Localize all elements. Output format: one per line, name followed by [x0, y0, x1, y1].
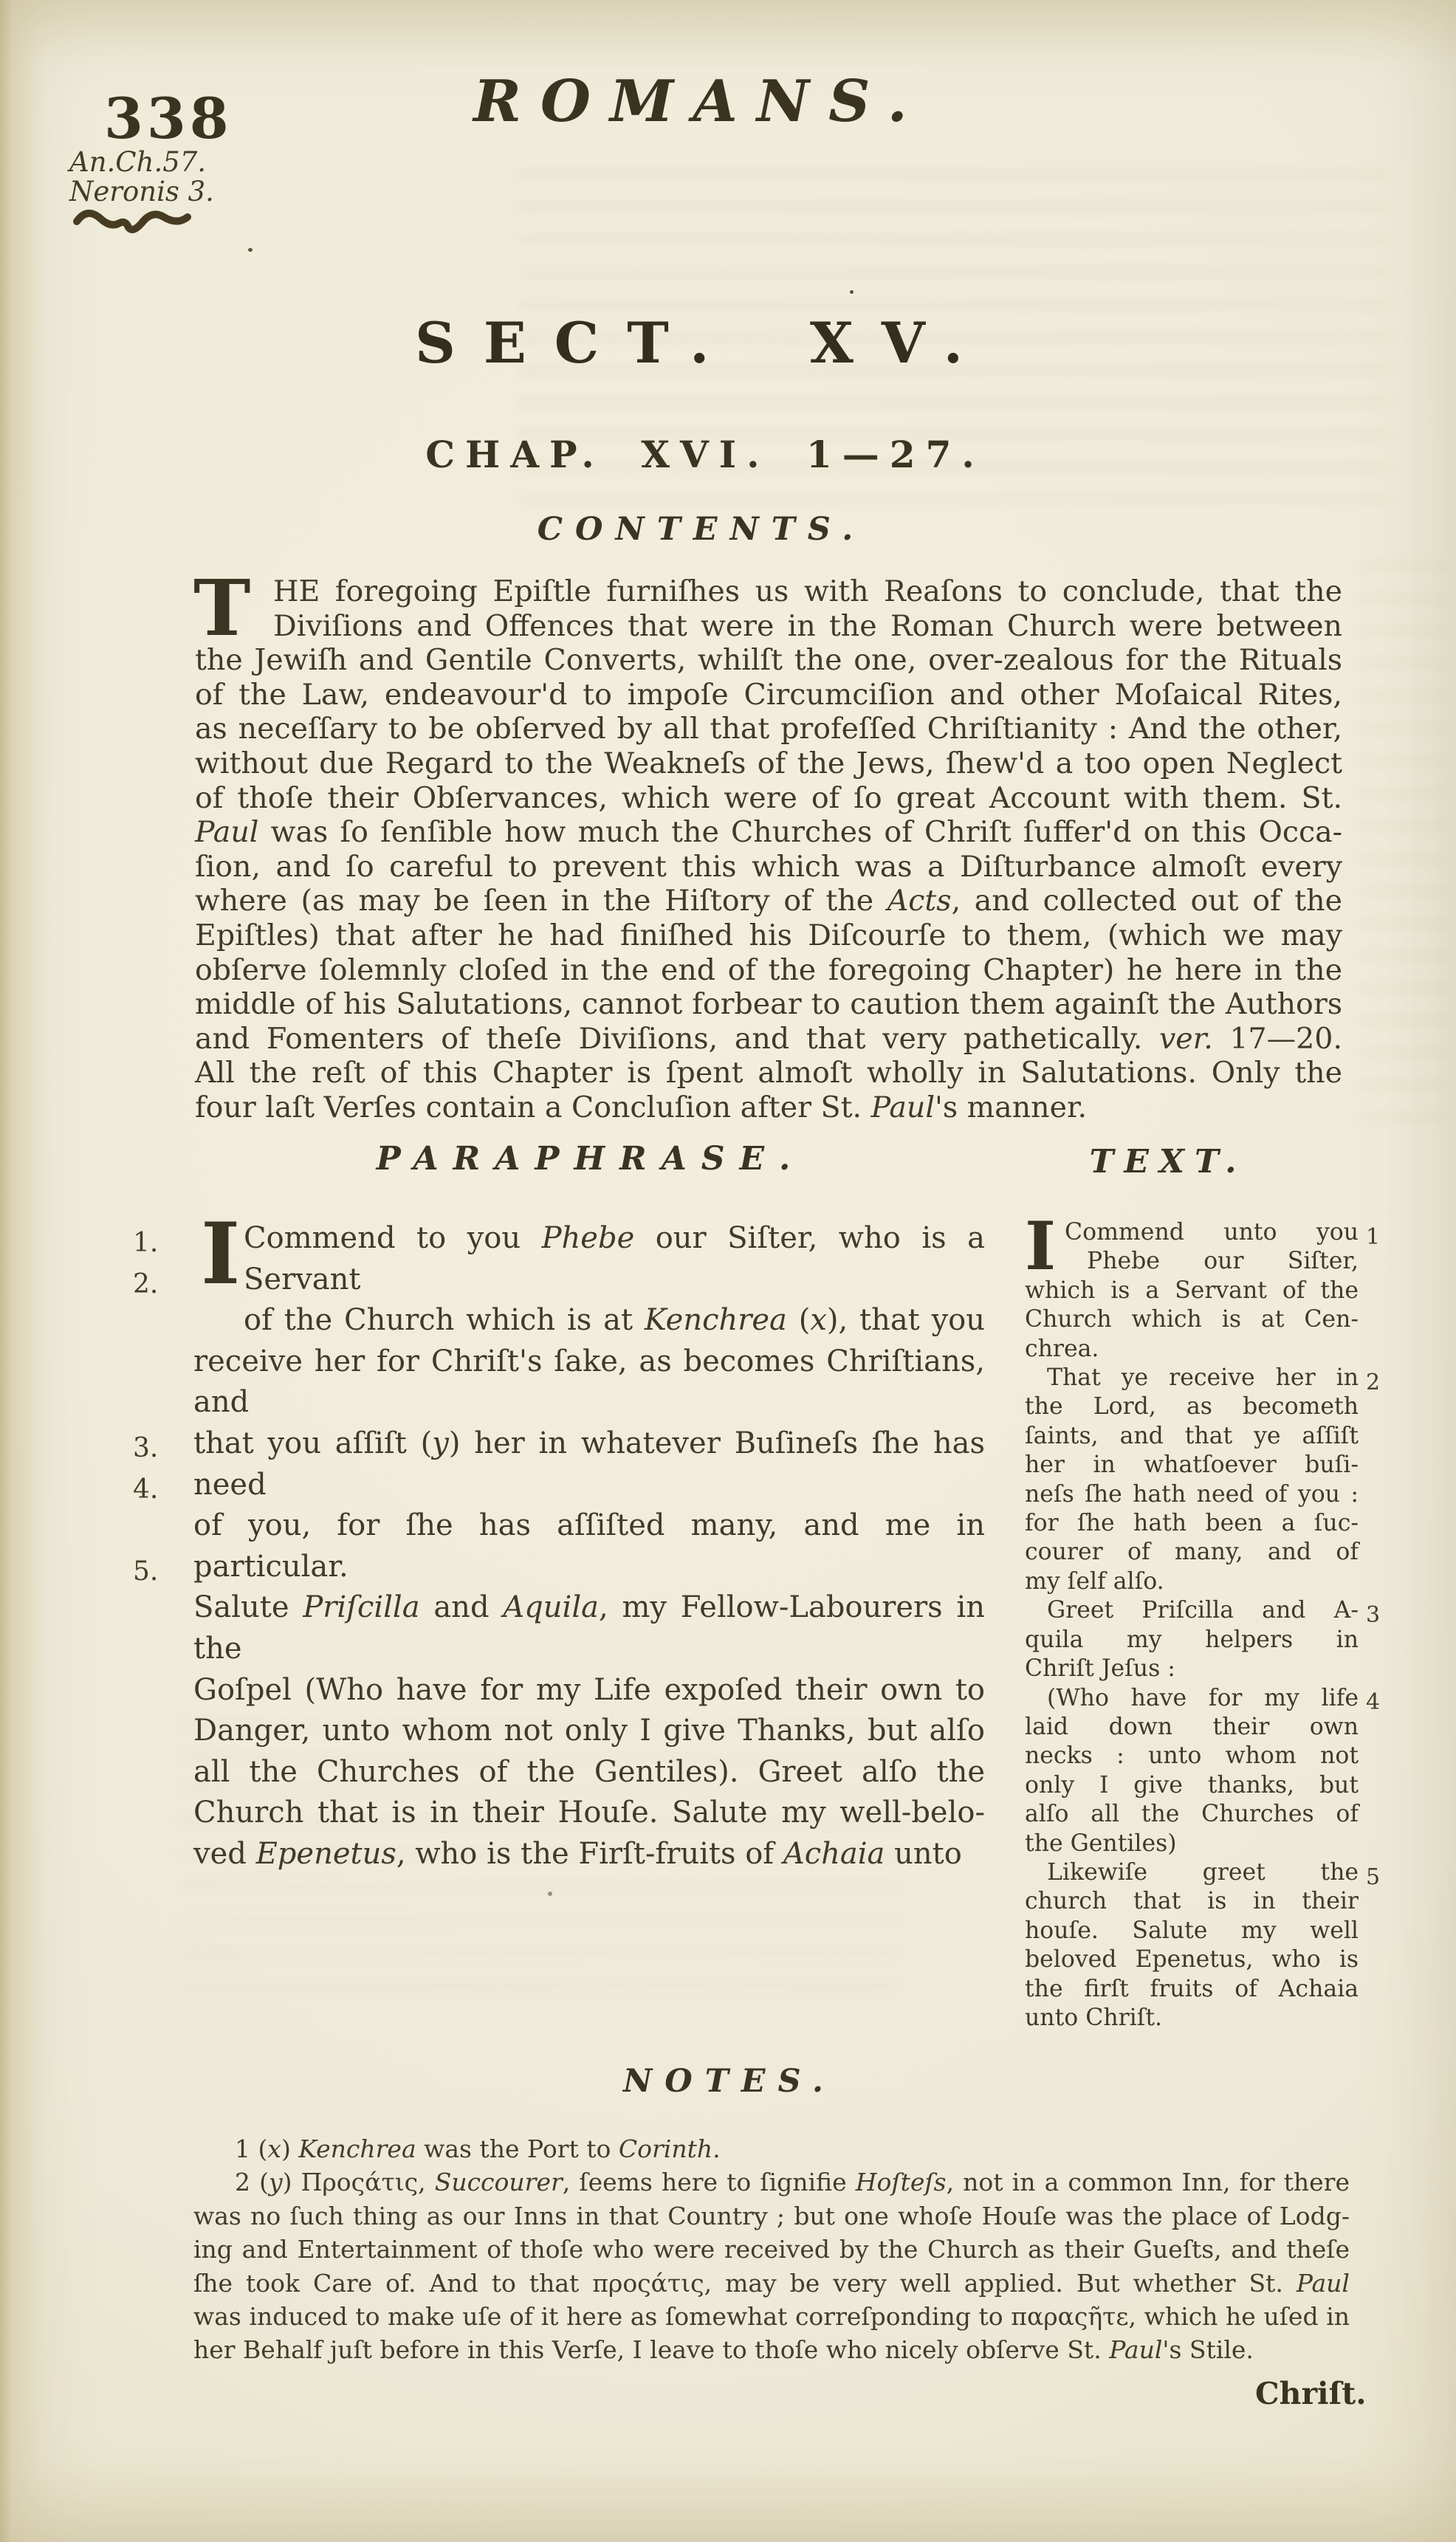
contents-paragraph: T HE foregoing Epiſtle furniſhes us with…: [195, 574, 1342, 1125]
text-line: Commend to you Phebe our Siſter, who is …: [193, 1218, 985, 1300]
text-line: Danger, unto whom not only I give Thanks…: [193, 1711, 985, 1752]
text-line: of the Law, endeavour'd to impoſe Circum…: [195, 678, 1342, 712]
text-line: was induced to make uſe of it here as ſo…: [193, 2300, 1350, 2333]
text-line: that you aſſiſt (y) her in whatever Buſi…: [193, 1423, 985, 1505]
text-line: Goſpel (Who have for my Life expoſed the…: [193, 1670, 985, 1711]
notes-section: 1 (x) Kenchrea was the Port to Corinth.2…: [193, 2132, 1350, 2367]
text-line: courer of many, and of: [1025, 1538, 1359, 1567]
text-line: where (as may be ſeen in the Hiſtory of …: [195, 884, 1342, 918]
text-line: Chriſt Jeſus :: [1025, 1655, 1359, 1683]
paraphrase-lines: Commend to you Phebe our Siſter, who is …: [193, 1218, 985, 1875]
text-line: All the reſt of this Chapter is ſpent al…: [195, 1056, 1342, 1090]
text-line: Epiſtles) that after he had finiſhed his…: [195, 918, 1342, 953]
text-line: HE foregoing Epiſtle furniſhes us with R…: [195, 574, 1342, 609]
catchword: Chriſt.: [1255, 2376, 1366, 2411]
verse-number: 4.: [133, 1469, 158, 1511]
text-line: the Gentiles): [1025, 1830, 1359, 1858]
text-line: Phebe our Siſter,: [1025, 1247, 1359, 1276]
text-line: and Fomenters of theſe Diviſions, and th…: [195, 1022, 1342, 1057]
text-line: quila my helpers in: [1025, 1626, 1359, 1655]
text-line: laid down their own: [1025, 1713, 1359, 1742]
text-line: That ye receive her in: [1025, 1364, 1359, 1392]
contents-heading: CONTENTS.: [538, 511, 866, 548]
text-line: middle of his Salutations, cannot forbea…: [195, 987, 1342, 1022]
running-title: ROMANS.: [473, 68, 927, 135]
text-line: without due Regard to the Weakneſs of th…: [195, 746, 1342, 781]
text-line: for ſhe hath been a ſuc-: [1025, 1509, 1359, 1538]
text-line: of you, for ſhe has aſſiſted many, and m…: [193, 1505, 985, 1587]
flourish-squiggle-icon: [72, 205, 192, 235]
text-line: was no ſuch thing as our Inns in that Co…: [193, 2199, 1350, 2233]
verse-number: 2: [1366, 1368, 1380, 1397]
text-line: 1 (x) Kenchrea was the Port to Corinth.: [193, 2132, 1350, 2165]
text-verse-numbers: 12345: [1366, 1223, 1403, 2050]
paraphrase-column: I Commend to you Phebe our Siſter, who i…: [193, 1218, 985, 1875]
bleed-through-ghost: [1356, 561, 1449, 1122]
text-line: which is a Servant of the: [1025, 1277, 1359, 1305]
paraphrase-verse-numbers: 1.2.3.4.5.: [133, 1223, 185, 1695]
text-line: of thoſe their Obſervances, which were o…: [195, 781, 1342, 816]
verse-number: 1: [1366, 1223, 1380, 1251]
text-line: Greet Priſcilla and A-: [1025, 1596, 1359, 1625]
text-line: the firſt fruits of Achaia: [1025, 1975, 1359, 2004]
text-line: my ſelf alſo.: [1025, 1567, 1359, 1596]
contents-lines: HE foregoing Epiſtle furniſhes us with R…: [195, 574, 1342, 1125]
verse-number: 1.: [133, 1223, 158, 1264]
paper-speck: [850, 290, 854, 294]
text-dropcap: I: [1025, 1220, 1056, 1274]
text-line: Likewiſe greet the: [1025, 1858, 1359, 1887]
chapter-heading: CHAP. XVI. 1—27.: [425, 433, 985, 476]
text-line: ſion, and ſo careful to prevent this whi…: [195, 850, 1342, 884]
text-line: Paul was ſo ſenſible how much the Church…: [195, 815, 1342, 850]
text-lines: Commend unto youPhebe our Siſter,which i…: [1025, 1218, 1359, 2033]
text-line: chrea.: [1025, 1335, 1359, 1364]
text-line: Church that is in their Houſe. Salute my…: [193, 1793, 985, 1834]
text-line: of the Church which is at Kenchrea (x), …: [193, 1300, 985, 1342]
text-line: as neceſſary to be obſerved by all that …: [195, 712, 1342, 746]
verse-number: 3.: [133, 1428, 158, 1469]
text-line: houſe. Salute my well: [1025, 1917, 1359, 1945]
margin-note: An.Ch.57. Neronis 3.: [69, 148, 214, 207]
text-line: unto Chriſt.: [1025, 2004, 1359, 2033]
text-line: Salute Priſcilla and Aquila, my Fellow-L…: [193, 1587, 985, 1669]
margin-note-year: An.Ch.57.: [69, 148, 214, 177]
margin-note-reign: Neronis 3.: [69, 177, 214, 207]
text-line: receive her for Chriſt's ſake, as become…: [193, 1342, 985, 1423]
text-line: all the Churches of the Gentiles). Greet…: [193, 1752, 985, 1793]
verse-number: 5.: [133, 1551, 158, 1593]
verse-number: 4: [1366, 1688, 1380, 1717]
verse-number: 2.: [133, 1264, 158, 1305]
text-line: the Jewiſh and Gentile Converts, whilſt …: [195, 643, 1342, 678]
text-line: church that is in their: [1025, 1887, 1359, 1916]
text-line: ſaints, and that ye aſſiſt: [1025, 1422, 1359, 1451]
text-line: her Behalf juſt before in this Verſe, I …: [193, 2333, 1350, 2366]
text-column: I Commend unto youPhebe our Siſter,which…: [1025, 1218, 1359, 2033]
text-line: beloved Epenetus, who is: [1025, 1945, 1359, 1974]
verse-number: 3: [1366, 1601, 1380, 1629]
text-line: Diviſions and Offences that were in the …: [195, 609, 1342, 644]
text-line: Church which is at Cen-: [1025, 1305, 1359, 1334]
notes-lines: 1 (x) Kenchrea was the Port to Corinth.2…: [193, 2132, 1350, 2367]
text-heading: TEXT.: [1090, 1143, 1247, 1181]
notes-heading: NOTES.: [623, 2063, 836, 2100]
paraphrase-dropcap: I: [201, 1220, 240, 1288]
text-line: necks : unto whom not: [1025, 1742, 1359, 1770]
text-line: (Who have for my life: [1025, 1684, 1359, 1713]
text-line: her in whatſoever buſi-: [1025, 1451, 1359, 1480]
paraphrase-heading: PARAPHRASE.: [377, 1140, 806, 1178]
section-heading: SECT. XV.: [415, 310, 991, 376]
book-page: 338 An.Ch.57. Neronis 3. ROMANS. SECT. X…: [0, 0, 1456, 2542]
text-line: alſo all the Churches of: [1025, 1800, 1359, 1829]
text-line: Commend unto you: [1025, 1218, 1359, 1247]
paper-speck: [248, 248, 253, 252]
text-line: 2 (y) Προςάτις, Succourer, ſeems here to…: [193, 2165, 1350, 2199]
text-line: only I give thanks, but: [1025, 1771, 1359, 1800]
text-line: four laſt Verſes contain a Concluſion af…: [195, 1090, 1342, 1125]
text-line: the Lord, as becometh: [1025, 1392, 1359, 1421]
text-line: ved Epenetus, who is the Firſt-fruits of…: [193, 1834, 985, 1875]
text-line: neſs ſhe hath need of you :: [1025, 1480, 1359, 1509]
text-line: ſhe took Care of. And to that προςάτις, …: [193, 2267, 1350, 2300]
paper-speck: [548, 1892, 552, 1896]
text-line: ing and Entertainment of thoſe who were …: [193, 2233, 1350, 2266]
contents-dropcap: T: [193, 577, 250, 639]
verse-number: 5: [1366, 1863, 1380, 1892]
text-line: obſerve ſolemnly cloſed in the end of th…: [195, 953, 1342, 988]
page-number: 338: [104, 86, 233, 151]
